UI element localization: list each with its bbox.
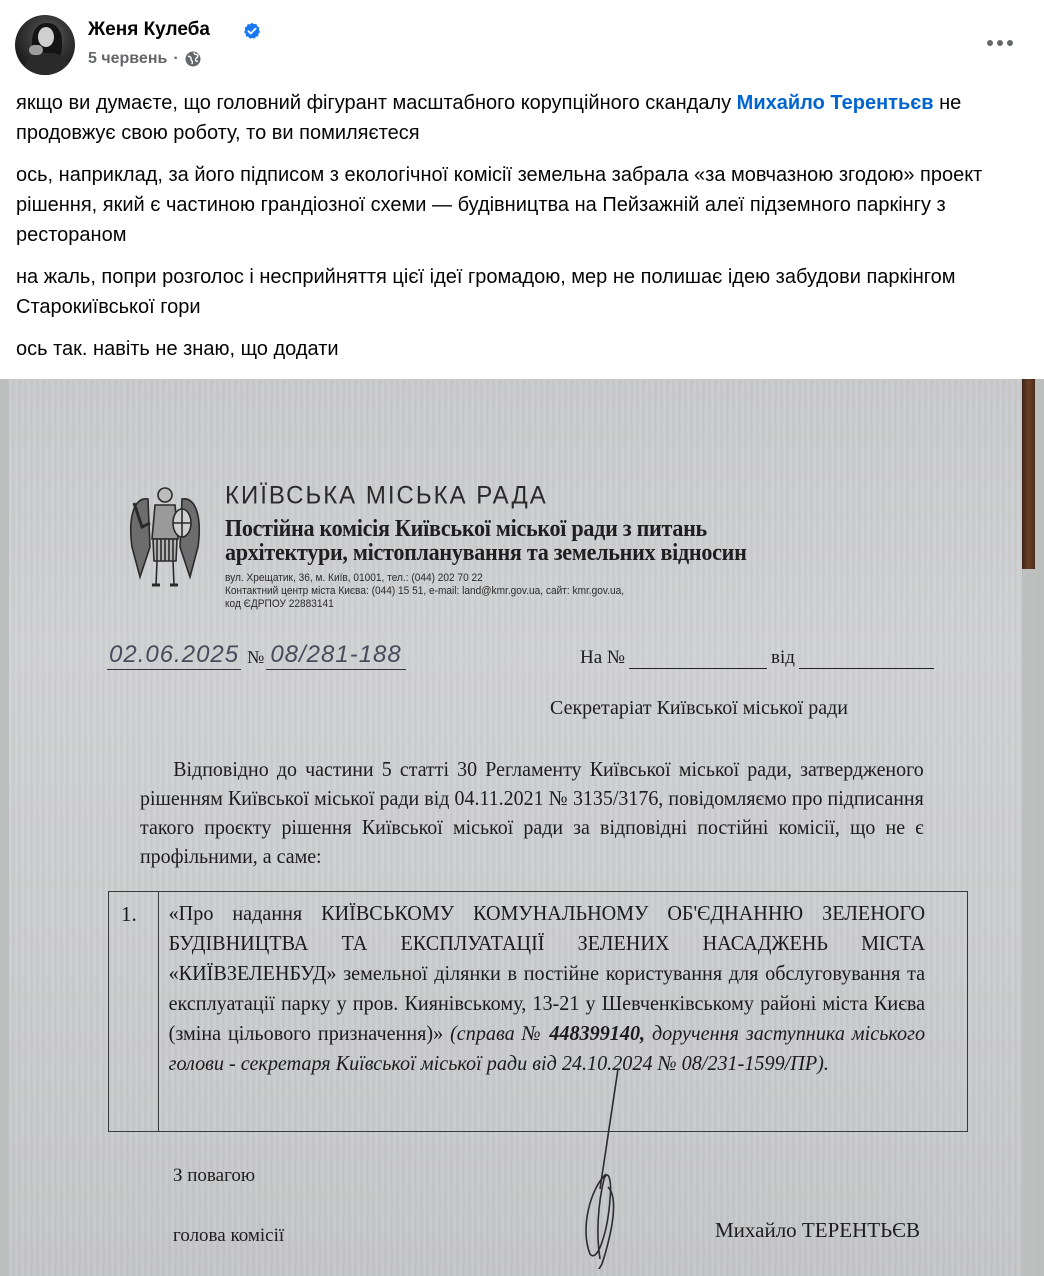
post-paragraph: ось так. навіть не знаю, що додати (16, 334, 1026, 364)
mention-link[interactable]: Михайло Терентьєв (737, 92, 934, 114)
registration-line: 02.06.2025 № 08/281-188 (107, 641, 406, 670)
paragraph-text: якщо ви думаєте, що головний фігурант ма… (16, 92, 737, 114)
commission-name: Постійна комісія Київської міської ради … (225, 517, 823, 565)
letterhead-contacts: вул. Хрещатик, 36, м. Київ, 01001, тел.:… (225, 572, 624, 611)
signer-position: голова комісії (173, 1225, 284, 1247)
letter-body-paragraph: Відповідно до частини 5 статті 30 Реглам… (140, 755, 924, 871)
decision-text: «Про надання КИЇВСЬКОМУ КОМУНАЛЬНОМУ ОБ'… (159, 892, 935, 1131)
post-header: Женя Кулеба 5 червень · (0, 0, 1044, 84)
avatar-hand (29, 45, 43, 55)
attached-photo[interactable]: КИЇВСЬКА МІСЬКА РАДА Постійна комісія Ки… (0, 379, 1044, 1276)
reference-line: На № від (580, 647, 934, 669)
archangel-michael-emblem-icon (120, 477, 210, 595)
letter-body: Відповідно до частини 5 статті 30 Реглам… (140, 755, 924, 871)
handwritten-signature-icon (560, 1069, 660, 1269)
ref-from-label: від (771, 647, 795, 669)
case-number: 448399140, (549, 1021, 645, 1045)
more-horizontal-icon-dot (1007, 40, 1013, 46)
post-text: якщо ви думаєте, що головний фігурант ма… (16, 88, 1026, 376)
contact-edrpou: код ЄДРПОУ 22883141 (225, 598, 624, 611)
registration-number-label: № (247, 647, 264, 668)
contact-address: вул. Хрещатик, 36, м. Київ, 01001, тел.:… (225, 572, 624, 585)
decision-table: 1. «Про надання КИЇВСЬКОМУ КОМУНАЛЬНОМУ … (108, 891, 968, 1132)
closing-phrase: З повагою (173, 1165, 255, 1187)
verified-badge-icon (243, 22, 261, 40)
author-avatar[interactable] (15, 15, 75, 75)
registration-number: 08/281-188 (266, 641, 405, 670)
post-paragraph: якщо ви думаєте, що головний фігурант ма… (16, 88, 1026, 148)
signer-name: Михайло ТЕРЕНТЬЄВ (715, 1218, 920, 1243)
author-name[interactable]: Женя Кулеба (88, 19, 210, 41)
post-date[interactable]: 5 червень (88, 50, 167, 68)
globe-icon[interactable] (185, 51, 201, 67)
decision-ref-prefix: (справа № (443, 1021, 549, 1045)
decision-number: 1. (109, 892, 159, 1131)
post-paragraph: на жаль, попри розголос і несприйняття ц… (16, 262, 1026, 322)
post-paragraph: ось, наприклад, за його підписом з еколо… (16, 160, 1026, 250)
avatar-face (38, 27, 54, 47)
meta-separator: · (173, 50, 178, 68)
ref-number-blank (629, 651, 767, 669)
more-options-button[interactable] (980, 27, 1020, 59)
addressee: Секретаріат Київської міської ради (550, 697, 848, 720)
council-name: КИЇВСЬКА МІСЬКА РАДА (225, 481, 548, 510)
more-horizontal-icon-dot (987, 40, 993, 46)
contact-center: Контактний центр міста Києва: (044) 15 5… (225, 585, 624, 598)
ref-date-blank (799, 651, 934, 669)
registration-date: 02.06.2025 (107, 641, 241, 670)
ref-number-label: На № (580, 647, 625, 669)
avatar-body (23, 53, 71, 75)
more-horizontal-icon-dot (997, 40, 1003, 46)
official-letter: КИЇВСЬКА МІСЬКА РАДА Постійна комісія Ки… (0, 379, 1044, 1276)
post-meta: 5 червень · (88, 50, 201, 68)
